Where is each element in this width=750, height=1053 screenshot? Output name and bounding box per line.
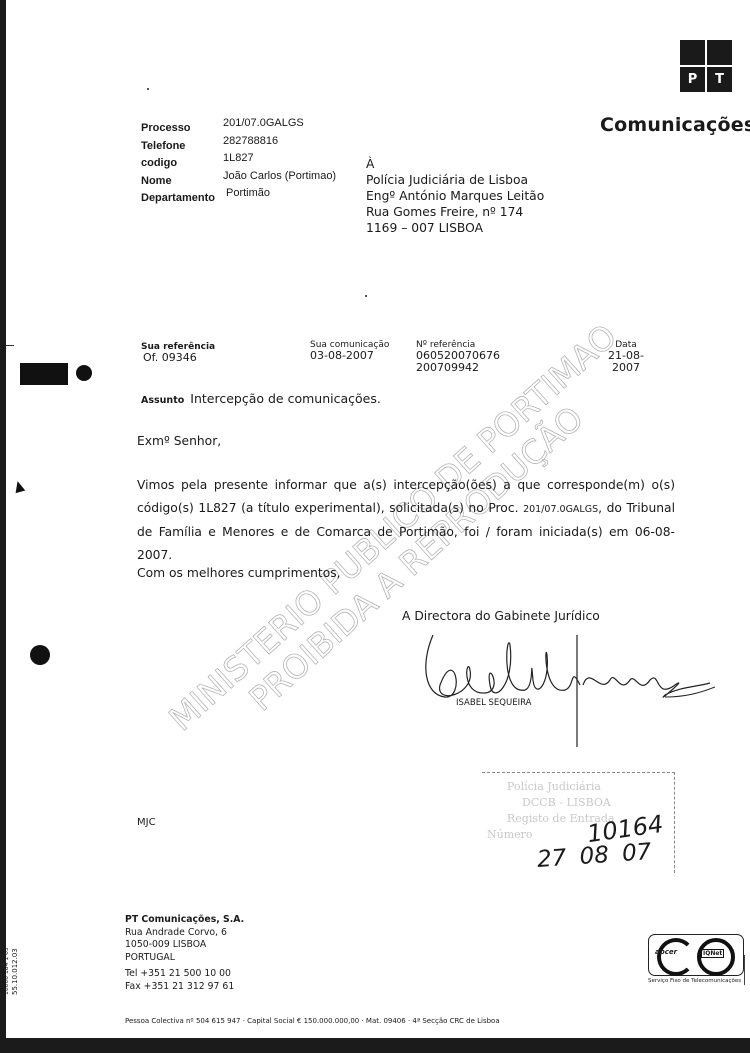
field-label: Departamento xyxy=(141,192,223,210)
address-line: 1169 – 007 LISBOA xyxy=(366,220,544,236)
signatory-name: ISABEL SEQUEIRA xyxy=(456,698,531,708)
scan-border-bottom xyxy=(0,1038,750,1053)
ref-sua-comunicacao: Sua comunicação 03-08-2007 xyxy=(310,340,389,362)
subject-label: Assunto xyxy=(141,395,184,406)
signature-title: A Directora do Gabinete Jurídico xyxy=(402,609,600,623)
logo-square xyxy=(707,40,732,65)
form-code: 10000 184 1 05 55.10.012.03 xyxy=(3,947,19,995)
certification-badge: apcer IQNet xyxy=(648,934,744,976)
address-line: Engº António Marques Leitão xyxy=(366,188,544,204)
apcer-label: apcer xyxy=(655,948,677,956)
ref-value: 21-08-2007 xyxy=(597,350,655,374)
scan-border-left xyxy=(0,0,6,1040)
address-line: Polícia Judiciária de Lisboa xyxy=(366,172,544,188)
ref-data: Data 21-08-2007 xyxy=(597,340,655,374)
scan-artifact-bar xyxy=(20,363,68,385)
subject: AssuntoIntercepção de comunicações. xyxy=(141,388,381,407)
apcer-logo-icon xyxy=(657,938,695,976)
salutation: Exmº Senhor, xyxy=(137,434,221,448)
scan-speck xyxy=(147,88,149,90)
handwritten-date: 27 08 07 xyxy=(536,839,652,873)
header-fields: Processo 201/07.0GALGS Telefone 28278881… xyxy=(141,122,336,210)
stamp-line: DCCB - LISBOA xyxy=(522,795,615,811)
scan-artifact-line xyxy=(6,345,14,346)
letter-paragraph: Vimos pela presente informar que a(s) in… xyxy=(137,474,675,567)
reception-stamp: Polícia Judiciária DCCB - LISBOA Registo… xyxy=(482,772,675,873)
process-number: 201/07.0GALGS xyxy=(523,504,598,515)
certification-caption: Serviço Fixo de Telecomunicações xyxy=(648,978,741,984)
field-label: codigo xyxy=(141,157,223,175)
field-value: Portimão xyxy=(226,187,270,210)
field-label: Telefone xyxy=(141,140,223,158)
ref-value: 200709942 xyxy=(416,362,500,374)
subject-text: Intercepção de comunicações. xyxy=(190,391,381,406)
company-street: Rua Andrade Corvo, 6 xyxy=(125,927,244,940)
field-label: Nome xyxy=(141,175,223,193)
handwritten-signature xyxy=(415,625,715,750)
field-departamento: Departamento Portimão xyxy=(141,192,336,210)
company-country: PORTUGAL xyxy=(125,952,244,965)
legal-footer: Pessoa Colectiva nº 504 615 947 · Capita… xyxy=(125,1017,500,1025)
scan-speck xyxy=(365,295,367,297)
ref-n-referencia: Nº referência 060520070676 200709942 xyxy=(416,340,500,374)
scan-artifact-dot xyxy=(76,365,92,381)
scan-artifact-triangle xyxy=(13,480,26,493)
ref-value: Of. 09346 xyxy=(143,352,215,364)
company-name: PT Comunicações, S.A. xyxy=(125,914,244,927)
ref-value: 03-08-2007 xyxy=(310,350,389,362)
address-line: À xyxy=(366,156,544,172)
company-postal: 1050-009 LISBOA xyxy=(125,939,244,952)
closing: Com os melhores cumprimentos, xyxy=(137,566,341,580)
company-tel: Tel +351 21 500 10 00 xyxy=(125,968,244,981)
logo-letter-p: P xyxy=(680,67,705,92)
company-fax: Fax +351 21 312 97 61 xyxy=(125,981,244,994)
company-address: PT Comunicações, S.A. Rua Andrade Corvo,… xyxy=(125,914,244,993)
form-code-line: 55.10.012.03 xyxy=(11,947,19,995)
ref-sua-referencia: Sua referência Of. 09346 xyxy=(141,342,215,364)
logo-letter-t: T xyxy=(707,67,732,92)
form-code-line: 10000 184 1 05 xyxy=(3,947,11,995)
recipient-address: À Polícia Judiciária de Lisboa Engº Antó… xyxy=(366,156,544,236)
stamp-line: Polícia Judiciária xyxy=(507,779,615,795)
brand-name: Comunicações xyxy=(600,114,750,136)
punch-hole-icon xyxy=(30,645,50,665)
pt-logo: P T xyxy=(680,40,732,92)
typist-initials: MJC xyxy=(137,817,156,828)
address-line: Rua Gomes Freire, nº 174 xyxy=(366,204,544,220)
iqnet-label: IQNet xyxy=(701,949,724,958)
field-label: Processo xyxy=(141,122,223,140)
logo-square xyxy=(680,40,705,65)
scan-artifact-line xyxy=(744,955,745,985)
